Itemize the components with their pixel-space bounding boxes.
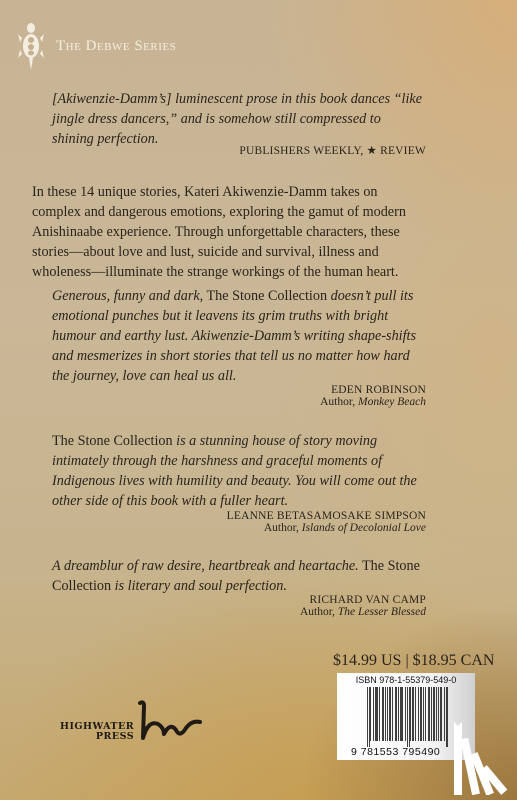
publisher-name: HIGHWATER PRESS bbox=[60, 722, 134, 742]
book-title: The Stone Collection bbox=[52, 433, 176, 449]
endorsement-attribution: LEANNE BETASAMOSAKE SIMPSON Author, Isla… bbox=[227, 510, 426, 534]
role-book: The Lesser Blessed bbox=[338, 606, 426, 618]
quote-text: is literary and soul perfection. bbox=[115, 578, 287, 594]
endorser-name: RICHARD VAN CAMP bbox=[300, 594, 426, 606]
leaning-books-icon bbox=[452, 720, 512, 795]
series-title: The Debwe Series bbox=[56, 38, 176, 55]
publisher-line-2: PRESS bbox=[60, 732, 134, 742]
role-book: Monkey Beach bbox=[358, 396, 426, 408]
barcode-bars-icon bbox=[367, 687, 449, 747]
endorser-role: Author, Monkey Beach bbox=[320, 396, 426, 408]
review-attribution: PUBLISHERS WEEKLY, ★ REVIEW bbox=[239, 143, 426, 157]
quote-text: Generous, funny and dark, bbox=[52, 288, 203, 304]
price-label: $14.99 US | $18.95 CAN bbox=[333, 652, 494, 670]
quote-text: A dreamblur of raw desire, heartbreak an… bbox=[52, 558, 359, 574]
review-source: PUBLISHERS WEEKLY, ★ REVIEW bbox=[239, 143, 426, 157]
endorsement-quote: A dreamblur of raw desire, heartbreak an… bbox=[52, 556, 426, 596]
review-text: [Akiwenzie-Damm’s] luminescent prose in … bbox=[52, 91, 422, 147]
ean-digits: 9 781553 795490 bbox=[351, 746, 440, 758]
turtle-icon bbox=[18, 20, 44, 72]
endorsement-attribution: RICHARD VAN CAMP Author, The Lesser Bles… bbox=[300, 594, 426, 618]
endorser-name: EDEN ROBINSON bbox=[320, 384, 426, 396]
review-quote: [Akiwenzie-Damm’s] luminescent prose in … bbox=[52, 89, 426, 149]
role-prefix: Author, bbox=[300, 606, 338, 618]
endorser-role: Author, Islands of Decolonial Love bbox=[227, 522, 426, 534]
book-blurb: In these 14 unique stories, Kateri Akiwe… bbox=[32, 182, 422, 282]
role-prefix: Author, bbox=[264, 522, 302, 534]
role-book: Islands of Decolonial Love bbox=[302, 522, 426, 534]
highwater-press-logo-icon bbox=[136, 700, 208, 742]
role-prefix: Author, bbox=[320, 396, 358, 408]
endorsement-attribution: EDEN ROBINSON Author, Monkey Beach bbox=[320, 384, 426, 408]
series-header: The Debwe Series bbox=[18, 20, 176, 72]
endorsement-quote: The Stone Collection is a stunning house… bbox=[52, 431, 426, 511]
isbn-label: ISBN 978-1-55379-549-0 bbox=[337, 675, 475, 685]
endorser-name: LEANNE BETASAMOSAKE SIMPSON bbox=[227, 510, 426, 522]
endorsement-quote: Generous, funny and dark, The Stone Coll… bbox=[52, 286, 426, 386]
book-back-cover: The Debwe Series [Akiwenzie-Damm’s] lumi… bbox=[0, 0, 517, 800]
book-title: The Stone Collection bbox=[203, 288, 330, 304]
endorser-role: Author, The Lesser Blessed bbox=[300, 606, 426, 618]
publisher-logo: HIGHWATER PRESS bbox=[60, 700, 208, 742]
